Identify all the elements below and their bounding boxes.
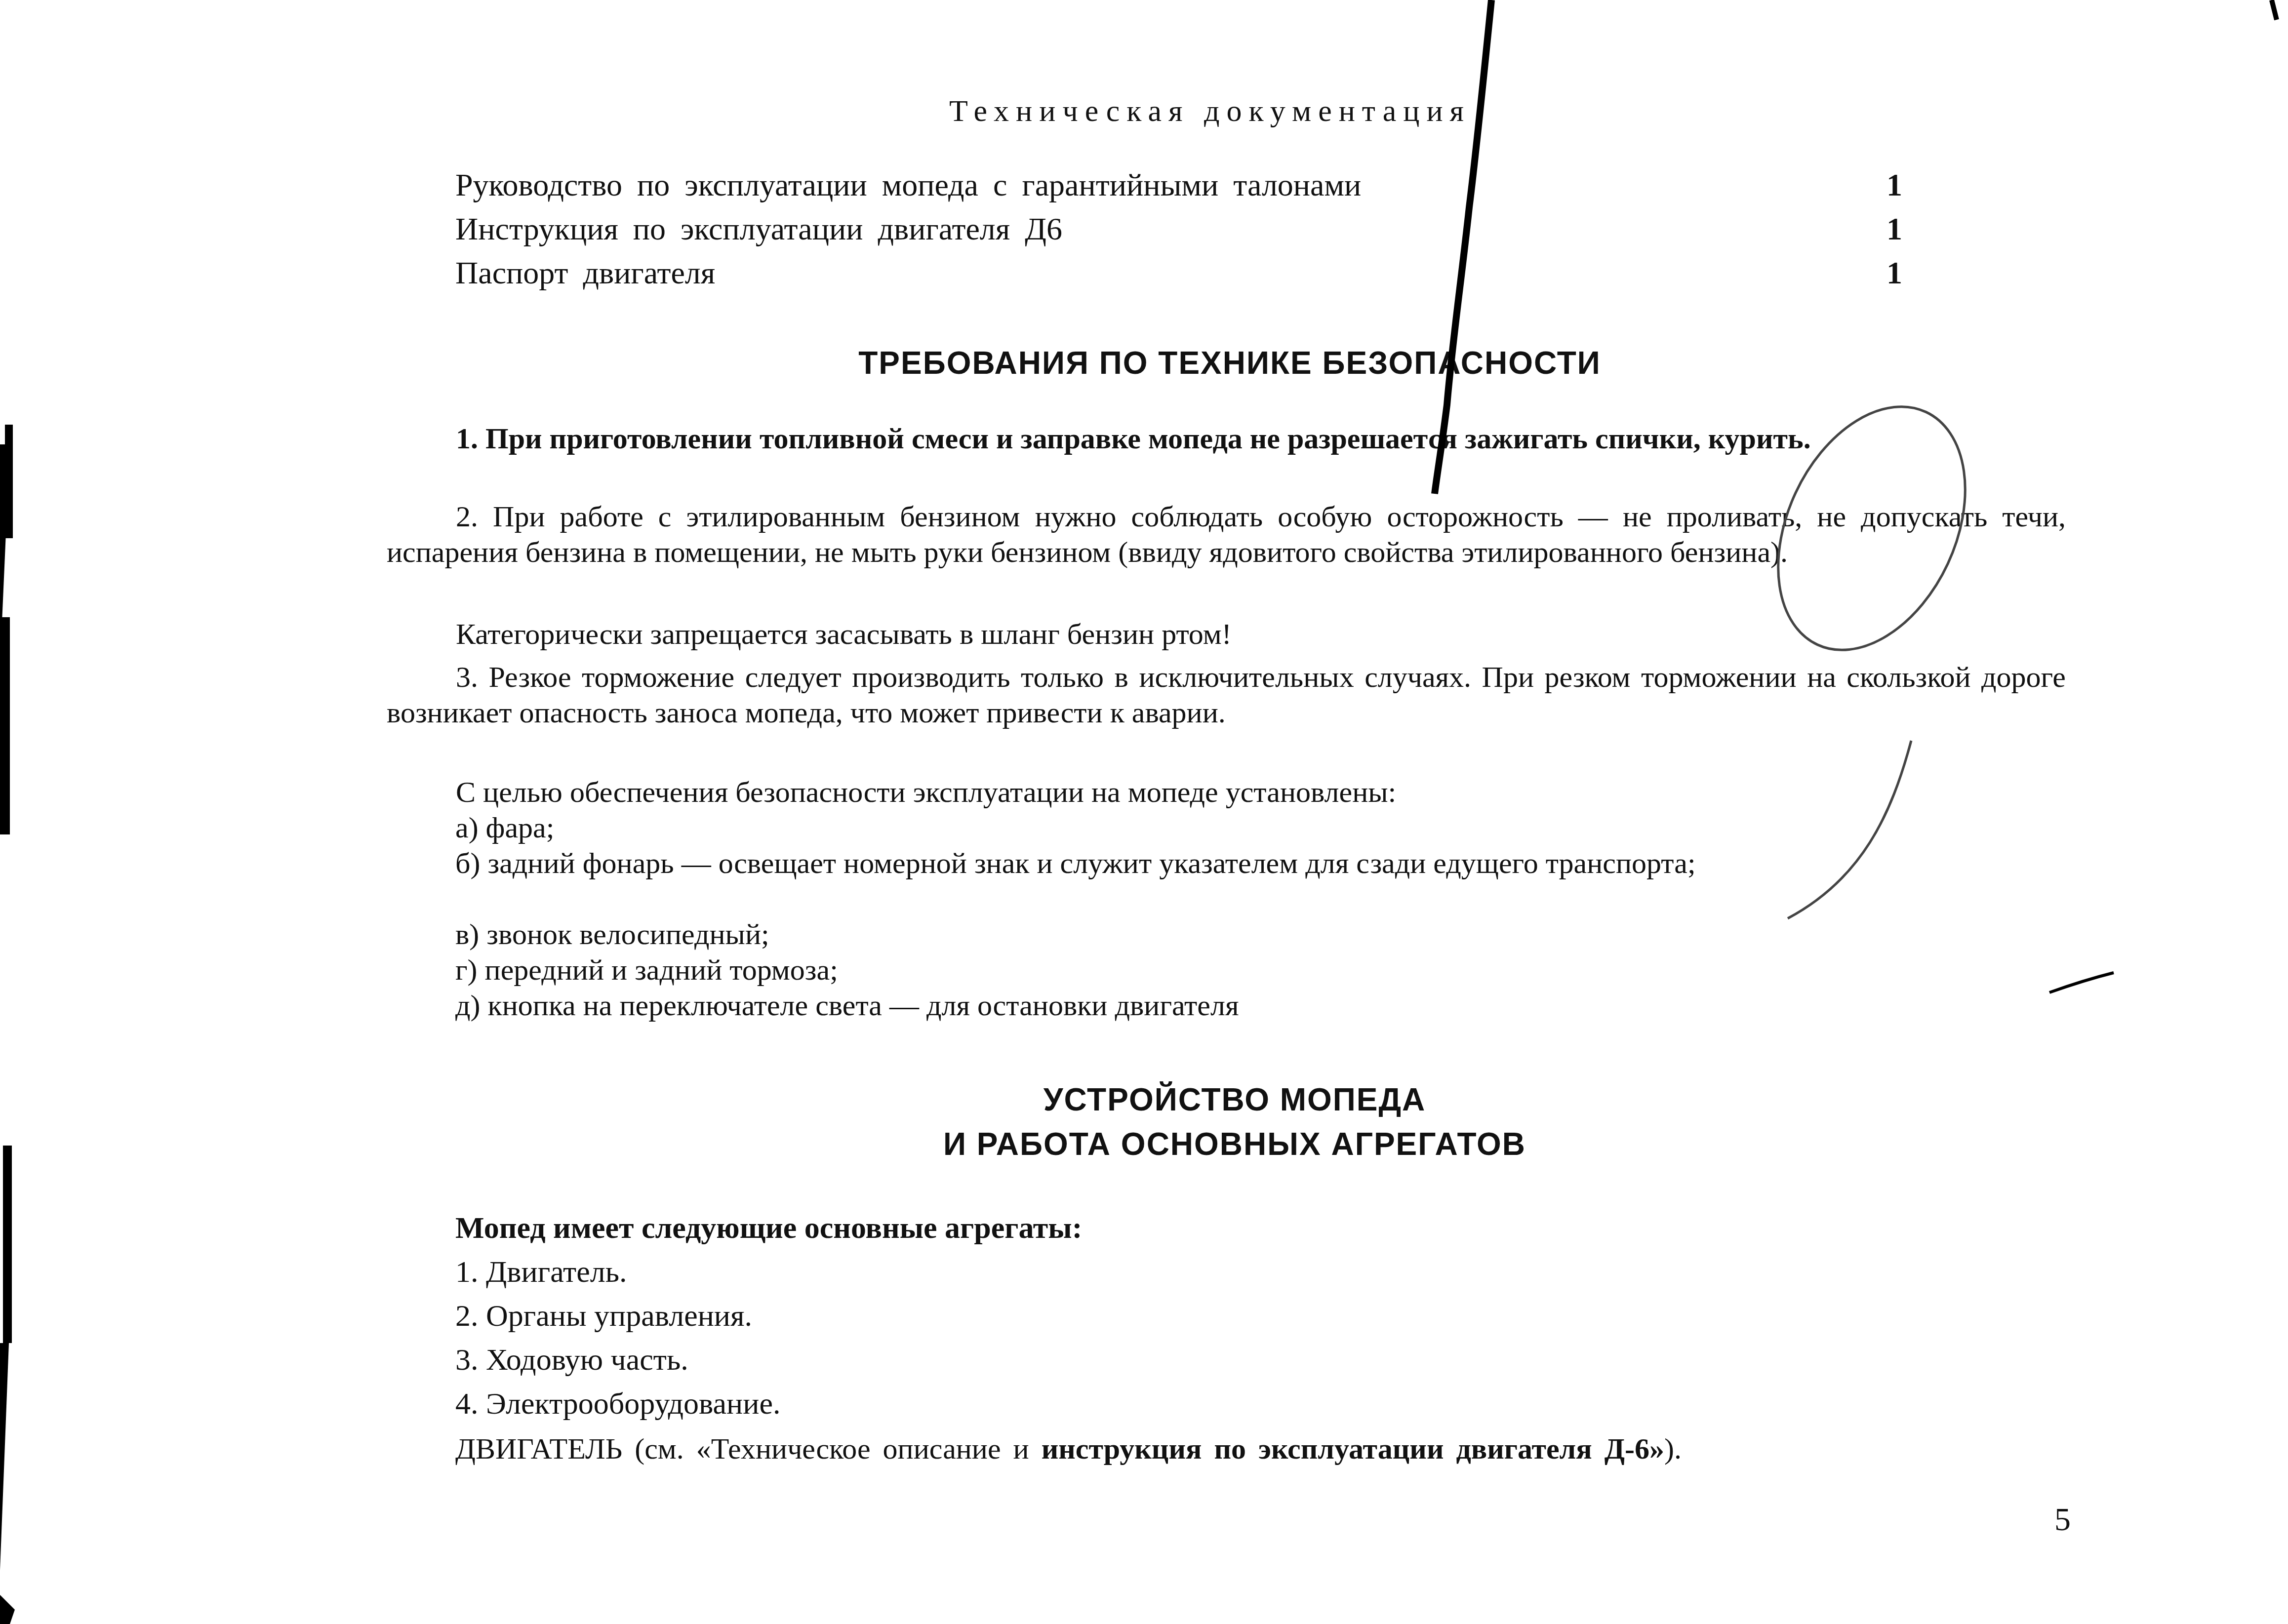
pen-loop	[1741, 377, 2002, 680]
pen-curve	[1788, 741, 1911, 918]
pen-stroke	[1435, 0, 1491, 494]
scan-artifacts	[0, 0, 2288, 1624]
pen-mark	[2049, 973, 2114, 992]
